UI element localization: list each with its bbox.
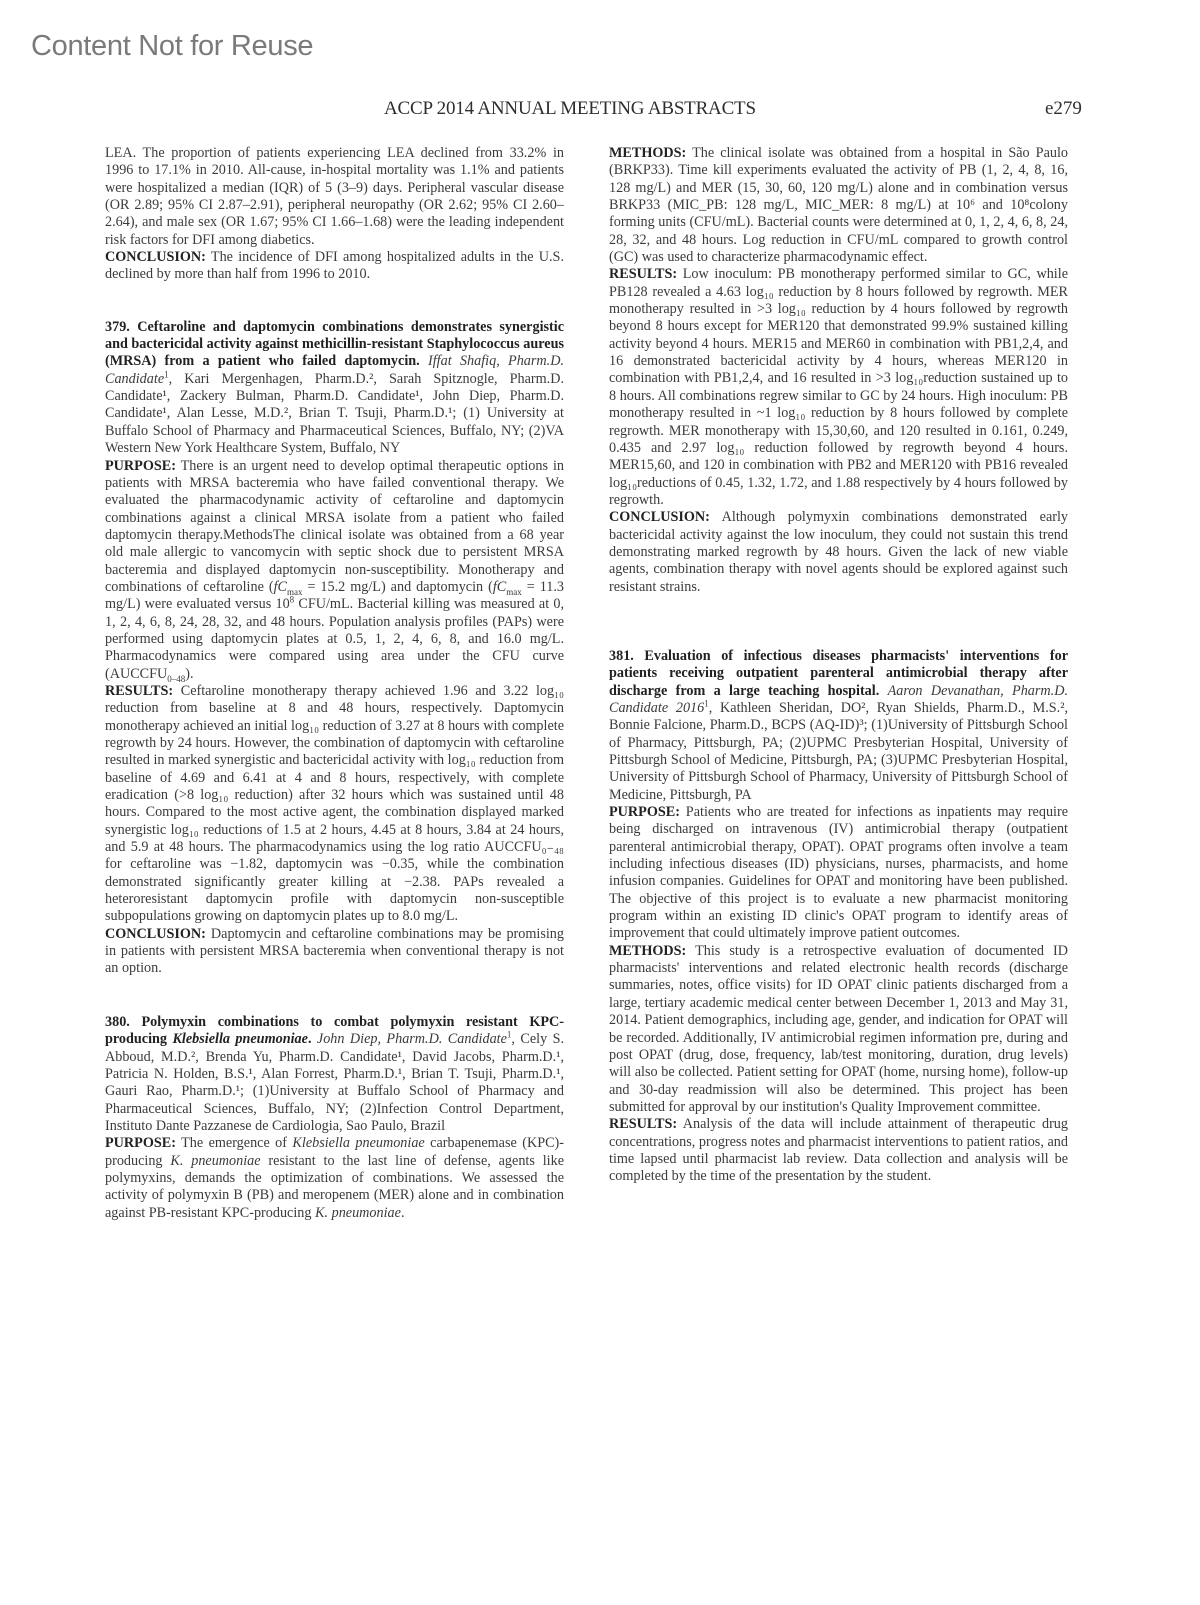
results-section: RESULTS: Ceftaroline monotherapy therapy… xyxy=(105,683,564,926)
abstract-379: 379. Ceftaroline and daptomycin combinat… xyxy=(105,319,564,978)
section-label: RESULTS: xyxy=(609,266,677,282)
section-label: PURPOSE: xyxy=(609,804,680,820)
purpose-section: PURPOSE: There is an urgent need to deve… xyxy=(105,458,564,683)
abstract-heading: 379. Ceftaroline and daptomycin combinat… xyxy=(105,319,564,458)
section-label: CONCLUSION: xyxy=(105,249,206,265)
right-column: METHODS: The clinical isolate was obtain… xyxy=(609,145,1068,1186)
abstract-number: 381. xyxy=(609,648,634,664)
section-label: RESULTS: xyxy=(105,683,173,699)
abstract-heading: 380. Polymyxin combinations to combat po… xyxy=(105,1014,564,1135)
conclusion-section: CONCLUSION: Although polymyxin combinati… xyxy=(609,509,1068,596)
abstract-number: 380. xyxy=(105,1014,130,1030)
page-number: e279 xyxy=(1045,98,1082,120)
continued-conclusion: CONCLUSION: The incidence of DFI among h… xyxy=(105,249,564,284)
methods-section: METHODS: The clinical isolate was obtain… xyxy=(609,145,1068,266)
continued-results: LEA. The proportion of patients experien… xyxy=(105,145,564,249)
section-label: CONCLUSION: xyxy=(105,926,206,942)
results-section: RESULTS: Analysis of the data will inclu… xyxy=(609,1116,1068,1185)
running-title: ACCP 2014 ANNUAL MEETING ABSTRACTS xyxy=(384,98,756,120)
presenting-author: John Diep, Pharm.D. Candidate xyxy=(317,1031,507,1047)
purpose-section: PURPOSE: Patients who are treated for in… xyxy=(609,804,1068,943)
purpose-section: PURPOSE: The emergence of Klebsiella pne… xyxy=(105,1135,564,1222)
section-label: PURPOSE: xyxy=(105,458,176,474)
section-label: CONCLUSION: xyxy=(609,509,710,525)
abstract-number: 379. xyxy=(105,319,130,335)
section-label: METHODS: xyxy=(609,943,686,959)
results-section: RESULTS: Low inoculum: PB monotherapy pe… xyxy=(609,266,1068,509)
section-label: PURPOSE: xyxy=(105,1135,176,1151)
section-label: METHODS: xyxy=(609,145,686,161)
author-list: , Kari Mergenhagen, Pharm.D.², Sarah Spi… xyxy=(105,371,564,456)
watermark: Content Not for Reuse xyxy=(31,30,313,63)
section-label: RESULTS: xyxy=(609,1116,677,1132)
abstract-381: 381. Evaluation of infectious diseases p… xyxy=(609,648,1068,1186)
left-column: LEA. The proportion of patients experien… xyxy=(105,145,564,1222)
abstract-380-start: 380. Polymyxin combinations to combat po… xyxy=(105,1014,564,1222)
abstract-380-continued: METHODS: The clinical isolate was obtain… xyxy=(609,145,1068,596)
methods-section: METHODS: This study is a retrospective e… xyxy=(609,943,1068,1116)
abstract-heading: 381. Evaluation of infectious diseases p… xyxy=(609,648,1068,804)
conclusion-section: CONCLUSION: Daptomycin and ceftaroline c… xyxy=(105,926,564,978)
